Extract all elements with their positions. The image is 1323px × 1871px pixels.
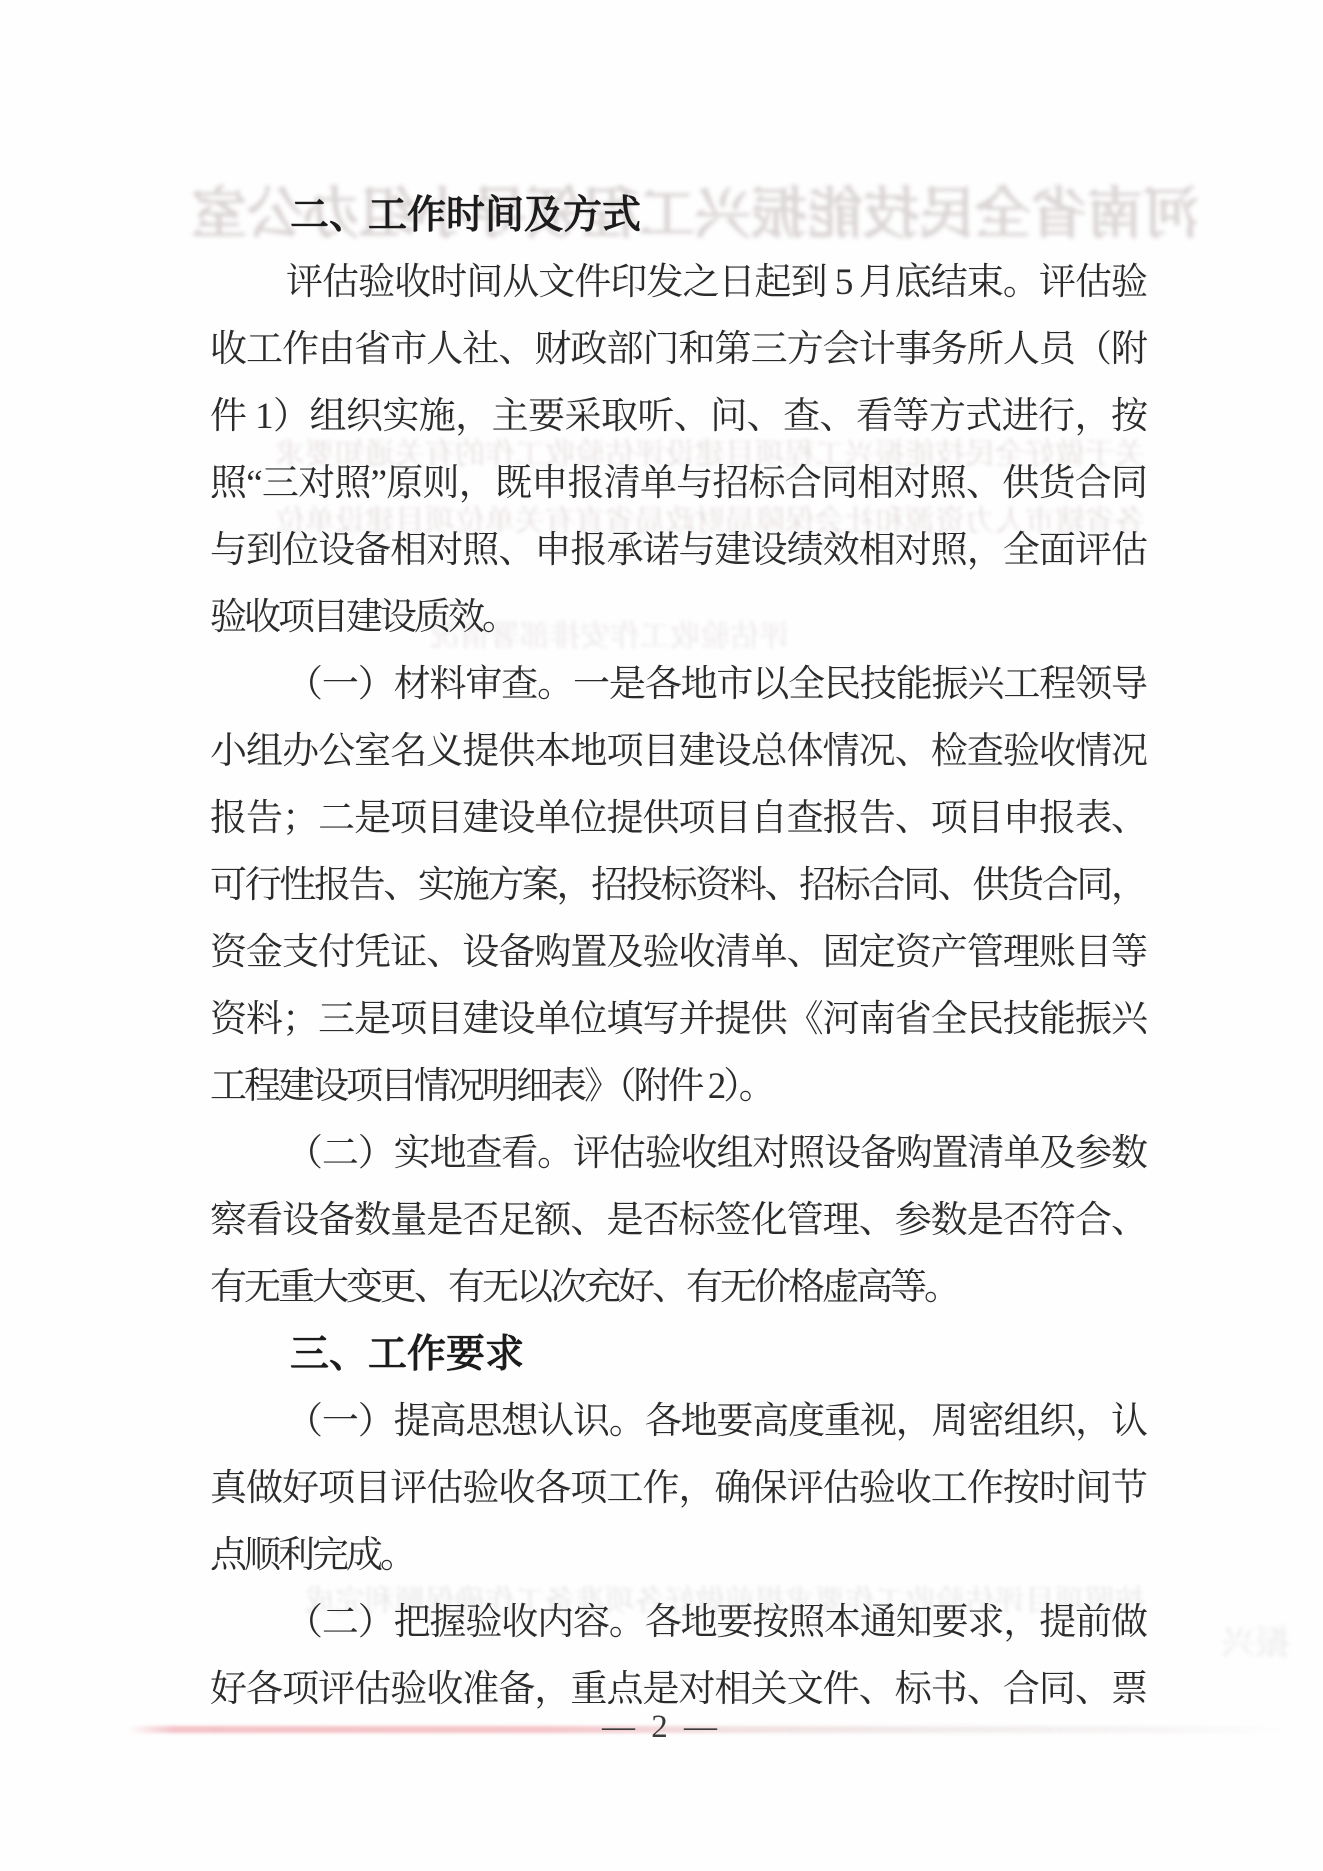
doc-line: 资料；三是项目建设单位填写并提供《河南省全民技能振兴 <box>210 986 1145 1053</box>
doc-line: 可行性报告、实施方案，招投标资料、招标合同、供货合同， <box>210 852 1145 919</box>
doc-line: 察看设备数量是否足额、是否标签化管理、参数是否符合、 <box>210 1187 1145 1254</box>
doc-line: 件 1）组织实施，主要采取听、问、查、看等方式进行，按 <box>210 383 1145 450</box>
doc-line: 小组办公室名义提供本地项目建设总体情况、检查验收情况 <box>210 718 1145 785</box>
doc-line: 与到位设备相对照、申报承诺与建设绩效相对照，全面评估 <box>210 517 1145 584</box>
scanned-document-page: 河南省全民技能振兴工程领导小组办公室 关于做好全民技能振兴工程项目建设评估验收工… <box>0 0 1323 1871</box>
doc-line: 验收项目建设质效。 <box>210 584 1145 651</box>
doc-line: 照“三对照”原则，既申报清单与招标合同相对照、供货合同 <box>210 450 1145 517</box>
section-heading-work-time: 二、工作时间及方式 <box>210 182 1145 249</box>
doc-line: 收工作由省市人社、财政部门和第三方会计事务所人员（附 <box>210 316 1145 383</box>
doc-line: 报告；二是项目建设单位提供项目自查报告、项目申报表、 <box>210 785 1145 852</box>
section-heading-work-requirements: 三、工作要求 <box>210 1321 1145 1388</box>
page-number: — 2 — <box>0 1702 1323 1752</box>
document-body: 二、工作时间及方式 评估验收时间从文件印发之日起到 5 月底结束。评估验 收工作… <box>210 182 1145 1723</box>
doc-line: 评估验收时间从文件印发之日起到 5 月底结束。评估验 <box>210 249 1145 316</box>
doc-line: 资金支付凭证、设备购置及验收清单、固定资产管理账目等 <box>210 919 1145 986</box>
doc-line: 点顺利完成。 <box>210 1522 1145 1589</box>
doc-line: （二）把握验收内容。各地要按照本通知要求，提前做 <box>210 1589 1145 1656</box>
doc-line: （二）实地查看。评估验收组对照设备购置清单及参数 <box>210 1120 1145 1187</box>
doc-line: 有无重大变更、有无以次充好、有无价格虚高等。 <box>210 1254 1145 1321</box>
doc-line: 真做好项目评估验收各项工作，确保评估验收工作按时间节 <box>210 1455 1145 1522</box>
doc-line: （一）提高思想认识。各地要高度重视，周密组织，认 <box>210 1388 1145 1455</box>
doc-line: （一）材料审查。一是各地市以全民技能振兴工程领导 <box>210 651 1145 718</box>
doc-line: 工程建设项目情况明细表》（附件 2）。 <box>210 1053 1145 1120</box>
